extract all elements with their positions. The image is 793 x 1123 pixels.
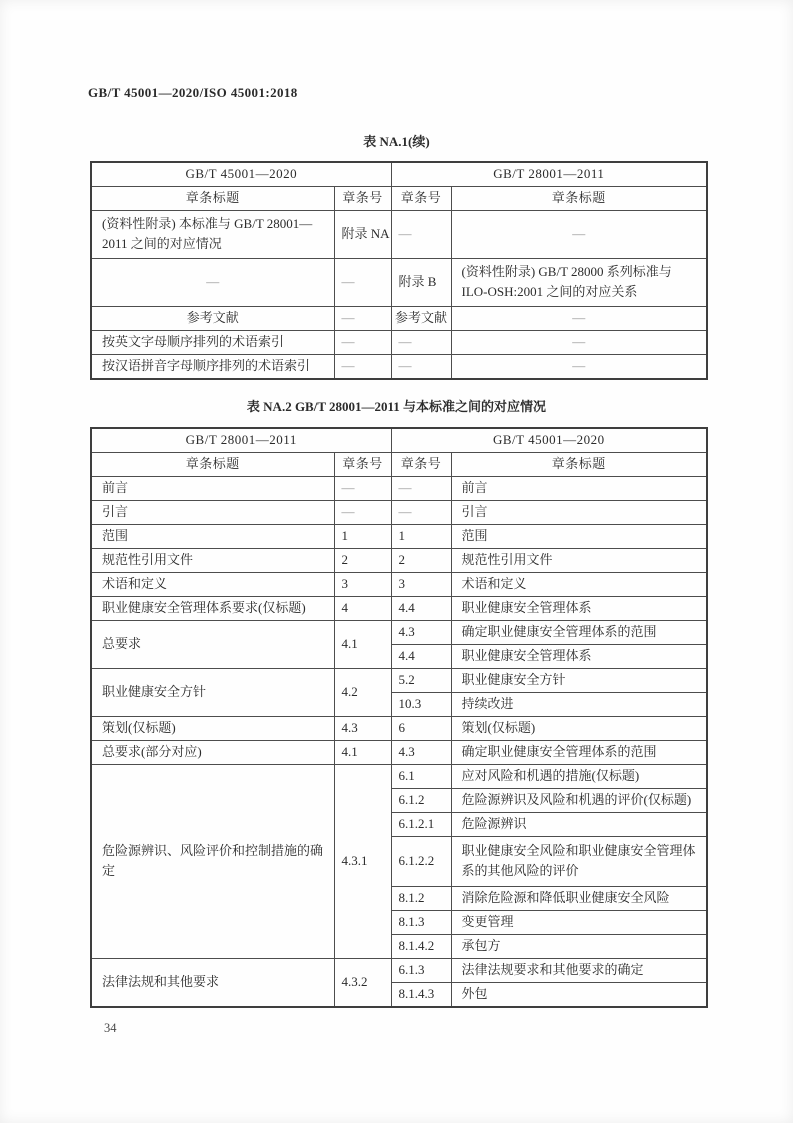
table-header-cell: 章条标题: [91, 452, 334, 476]
table-cell: 4.1: [334, 620, 391, 668]
table-cell: 总要求(部分对应): [91, 740, 334, 764]
table-cell: 范围: [91, 524, 334, 548]
table-cell: 消除危险源和降低职业健康安全风险: [451, 886, 707, 910]
table-row: 规范性引用文件22规范性引用文件: [91, 548, 707, 572]
table-row: 按英文字母顺序排列的术语索引———: [91, 330, 707, 354]
table-cell: 6.1.3: [391, 958, 451, 982]
correspondence-table: GB/T 45001—2020GB/T 28001—2011章条标题章条号章条号…: [90, 161, 708, 380]
table-cell: 按汉语拼音字母顺序排列的术语索引: [91, 354, 334, 378]
table-cell: 法律法规要求和其他要求的确定: [451, 958, 707, 982]
table-cell: —: [334, 306, 391, 330]
table-cell: 职业健康安全方针: [91, 668, 334, 716]
table-cell: 规范性引用文件: [451, 548, 707, 572]
table-cell: 外包: [451, 982, 707, 1006]
correspondence-table: GB/T 28001—2011GB/T 45001—2020章条标题章条号章条号…: [90, 427, 708, 1008]
table-row: 章条标题章条号章条号章条标题: [91, 186, 707, 210]
table-cell: 按英文字母顺序排列的术语索引: [91, 330, 334, 354]
table-row: 引言——引言: [91, 500, 707, 524]
table-row: 总要求4.14.3确定职业健康安全管理体系的范围: [91, 620, 707, 644]
table-cell: 2: [334, 548, 391, 572]
table-cell: 策划(仅标题): [91, 716, 334, 740]
table-cell: —: [451, 330, 707, 354]
table-row: 参考文献—参考文献—: [91, 306, 707, 330]
table-cell: 危险源辨识及风险和机遇的评价(仅标题): [451, 788, 707, 812]
table-cell: 4.4: [391, 644, 451, 668]
table-header-cell: GB/T 28001—2011: [391, 162, 707, 186]
table-row: GB/T 28001—2011GB/T 45001—2020: [91, 428, 707, 452]
table-cell: 4.3: [391, 740, 451, 764]
table-cell: 8.1.4.3: [391, 982, 451, 1006]
table-header-cell: GB/T 28001—2011: [91, 428, 391, 452]
table-row: (资料性附录) 本标准与 GB/T 28001—2011 之间的对应情况附录 N…: [91, 210, 707, 258]
table-cell: —: [451, 354, 707, 378]
table-cell: 6.1.2.1: [391, 812, 451, 836]
table-cell: 4.1: [334, 740, 391, 764]
table-row: 范围11范围: [91, 524, 707, 548]
table-cell: 6.1.2: [391, 788, 451, 812]
table-row: 总要求(部分对应)4.14.3确定职业健康安全管理体系的范围: [91, 740, 707, 764]
table-cell: —: [391, 476, 451, 500]
table-cell: 4.4: [391, 596, 451, 620]
table-row: GB/T 45001—2020GB/T 28001—2011: [91, 162, 707, 186]
table-row: 章条标题章条号章条号章条标题: [91, 452, 707, 476]
table-cell: —: [334, 258, 391, 306]
table-na2-title: 表 NA.2 GB/T 28001—2011 与本标准之间的对应情况: [0, 396, 793, 415]
table-cell: 附录 B: [391, 258, 451, 306]
table-cell: 职业健康安全风险和职业健康安全管理体系的其他风险的评价: [451, 836, 707, 886]
document-standard-number: GB/T 45001—2020/ISO 45001:2018: [88, 85, 298, 101]
table-cell: 参考文献: [391, 306, 451, 330]
table-cell: 确定职业健康安全管理体系的范围: [451, 620, 707, 644]
table-na2: GB/T 28001—2011GB/T 45001—2020章条标题章条号章条号…: [90, 427, 706, 1008]
table-cell: 4: [334, 596, 391, 620]
table-cell: (资料性附录) GB/T 28000 系列标准与 ILO-OSH:2001 之间…: [451, 258, 707, 306]
table-na1: GB/T 45001—2020GB/T 28001—2011章条标题章条号章条号…: [90, 161, 706, 380]
table-header-cell: 章条标题: [91, 186, 334, 210]
page-number: 34: [104, 1021, 117, 1036]
table-cell: 4.3: [334, 716, 391, 740]
table-cell: 4.3: [391, 620, 451, 644]
table-row: 法律法规和其他要求4.3.26.1.3法律法规要求和其他要求的确定: [91, 958, 707, 982]
table-cell: 职业健康安全管理体系要求(仅标题): [91, 596, 334, 620]
table-cell: 前言: [91, 476, 334, 500]
table-cell: 8.1.2: [391, 886, 451, 910]
table-cell: 职业健康安全管理体系: [451, 644, 707, 668]
table-cell: —: [334, 354, 391, 378]
table-cell: 策划(仅标题): [451, 716, 707, 740]
table-cell: —: [391, 330, 451, 354]
table-cell: 危险源辨识: [451, 812, 707, 836]
table-cell: —: [451, 306, 707, 330]
table-cell: —: [334, 500, 391, 524]
table-cell: 1: [391, 524, 451, 548]
table-cell: —: [91, 258, 334, 306]
table-cell: 3: [391, 572, 451, 596]
table-header-cell: 章条号: [391, 186, 451, 210]
table-row: 术语和定义33术语和定义: [91, 572, 707, 596]
table-row: ——附录 B(资料性附录) GB/T 28000 系列标准与 ILO-OSH:2…: [91, 258, 707, 306]
table-cell: 持续改进: [451, 692, 707, 716]
table-header-cell: GB/T 45001—2020: [91, 162, 391, 186]
table-cell: 术语和定义: [91, 572, 334, 596]
table-cell: 总要求: [91, 620, 334, 668]
table-cell: (资料性附录) 本标准与 GB/T 28001—2011 之间的对应情况: [91, 210, 334, 258]
table-cell: 前言: [451, 476, 707, 500]
table-cell: 职业健康安全管理体系: [451, 596, 707, 620]
table-row: 按汉语拼音字母顺序排列的术语索引———: [91, 354, 707, 378]
table-header-cell: 章条标题: [451, 452, 707, 476]
table-row: 职业健康安全方针4.25.2职业健康安全方针: [91, 668, 707, 692]
table-cell: 范围: [451, 524, 707, 548]
table-cell: 3: [334, 572, 391, 596]
table-cell: 确定职业健康安全管理体系的范围: [451, 740, 707, 764]
table-cell: 术语和定义: [451, 572, 707, 596]
table-cell: 应对风险和机遇的措施(仅标题): [451, 764, 707, 788]
table-cell: 10.3: [391, 692, 451, 716]
table-cell: 6: [391, 716, 451, 740]
table-cell: 职业健康安全方针: [451, 668, 707, 692]
table-cell: 2: [391, 548, 451, 572]
table-row: 危险源辨识、风险评价和控制措施的确定4.3.16.1应对风险和机遇的措施(仅标题…: [91, 764, 707, 788]
table-cell: —: [451, 210, 707, 258]
table-cell: 承包方: [451, 934, 707, 958]
table-row: 前言——前言: [91, 476, 707, 500]
table-header-cell: 章条号: [334, 186, 391, 210]
table-na1-title: 表 NA.1(续): [0, 131, 793, 150]
table-header-cell: GB/T 45001—2020: [391, 428, 707, 452]
document-page: GB/T 45001—2020/ISO 45001:2018 表 NA.1(续)…: [0, 0, 793, 1123]
table-cell: 附录 NA: [334, 210, 391, 258]
table-cell: 8.1.3: [391, 910, 451, 934]
table-cell: —: [391, 500, 451, 524]
table-cell: 参考文献: [91, 306, 334, 330]
table-cell: —: [334, 476, 391, 500]
table-cell: 5.2: [391, 668, 451, 692]
table-cell: 法律法规和其他要求: [91, 958, 334, 1006]
table-cell: 规范性引用文件: [91, 548, 334, 572]
table-cell: 危险源辨识、风险评价和控制措施的确定: [91, 764, 334, 958]
table-cell: 4.2: [334, 668, 391, 716]
table-header-cell: 章条标题: [451, 186, 707, 210]
table-header-cell: 章条号: [391, 452, 451, 476]
table-cell: 引言: [91, 500, 334, 524]
table-cell: —: [334, 330, 391, 354]
table-cell: —: [391, 210, 451, 258]
table-cell: 8.1.4.2: [391, 934, 451, 958]
table-cell: 引言: [451, 500, 707, 524]
table-row: 职业健康安全管理体系要求(仅标题)44.4职业健康安全管理体系: [91, 596, 707, 620]
table-cell: 4.3.1: [334, 764, 391, 958]
table-cell: 变更管理: [451, 910, 707, 934]
table-row: 策划(仅标题)4.36策划(仅标题): [91, 716, 707, 740]
table-cell: 6.1: [391, 764, 451, 788]
table-cell: —: [391, 354, 451, 378]
table-cell: 4.3.2: [334, 958, 391, 1006]
table-cell: 1: [334, 524, 391, 548]
table-header-cell: 章条号: [334, 452, 391, 476]
table-cell: 6.1.2.2: [391, 836, 451, 886]
